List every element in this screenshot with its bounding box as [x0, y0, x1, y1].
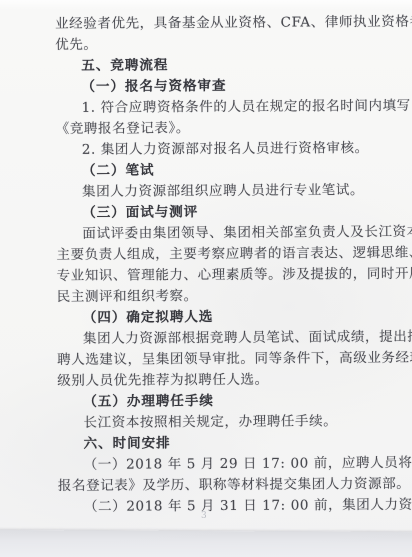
section-heading: （四）确定拟聘人选 — [57, 306, 371, 329]
text-line: （一）2018 年 5 月 29 日 17: 00 前，应聘人员将《竞聘 — [58, 453, 372, 476]
section-heading: （二）笔试 — [56, 159, 370, 182]
scanned-document-page: 业经验者优先，具备基金从业资格、CFA、律师执业资格者 优先。 五、竞聘流程 （… — [0, 0, 412, 557]
text-line: 业经验者优先，具备基金从业资格、CFA、律师执业资格者 — [55, 12, 369, 35]
text-line: 《竞聘报名登记表》。 — [56, 117, 370, 140]
text-line: 报名登记表》及学历、职称等材料提交集团人力资源部。 — [58, 474, 372, 497]
text-line: 聘人选建议，呈集团领导审批。同等条件下，高级业务经理 — [57, 348, 371, 371]
section-heading: 六、时间安排 — [58, 432, 372, 455]
scanner-edge-band — [0, 530, 412, 557]
text-line: 长江资本按照相关规定，办理聘任手续。 — [57, 411, 371, 434]
text-line: 级别人员优先推荐为拟聘任人选。 — [57, 369, 371, 392]
text-line: 集团人力资源部根据竞聘人员笔试、面试成绩，提出拟 — [57, 327, 371, 350]
text-line: 集团人力资源部组织应聘人员进行专业笔试。 — [56, 180, 370, 203]
page-number: 3 — [201, 511, 207, 521]
section-heading: 五、竞聘流程 — [55, 54, 369, 77]
text-line: 专业知识、管理能力、心理素质等。涉及提拔的，同时开展 — [57, 264, 371, 287]
document-text-column: 业经验者优先，具备基金从业资格、CFA、律师执业资格者 优先。 五、竞聘流程 （… — [55, 12, 372, 518]
text-line: 民主测评和组织考察。 — [57, 285, 371, 308]
text-line: （二）2018 年 5 月 31 日 17: 00 前，集团人力资源部完 — [58, 495, 372, 518]
section-heading: （一）报名与资格审查 — [55, 75, 369, 98]
paper-top-edge-highlight — [0, 0, 412, 10]
section-heading: （五）办理聘任手续 — [57, 390, 371, 413]
text-line: 1. 符合应聘资格条件的人员在规定的报名时间内填写 — [56, 96, 370, 119]
section-heading: （三）面试与测评 — [56, 201, 370, 224]
text-line: 2. 集团人力资源部对报名人员进行资格审核。 — [56, 138, 370, 161]
text-line: 优先。 — [55, 33, 369, 56]
text-line: 面试评委由集团领导、集团相关部室负责人及长江资本 — [56, 222, 370, 245]
text-line: 主要负责人组成，主要考察应聘者的语言表达、逻辑思维、 — [56, 243, 370, 266]
